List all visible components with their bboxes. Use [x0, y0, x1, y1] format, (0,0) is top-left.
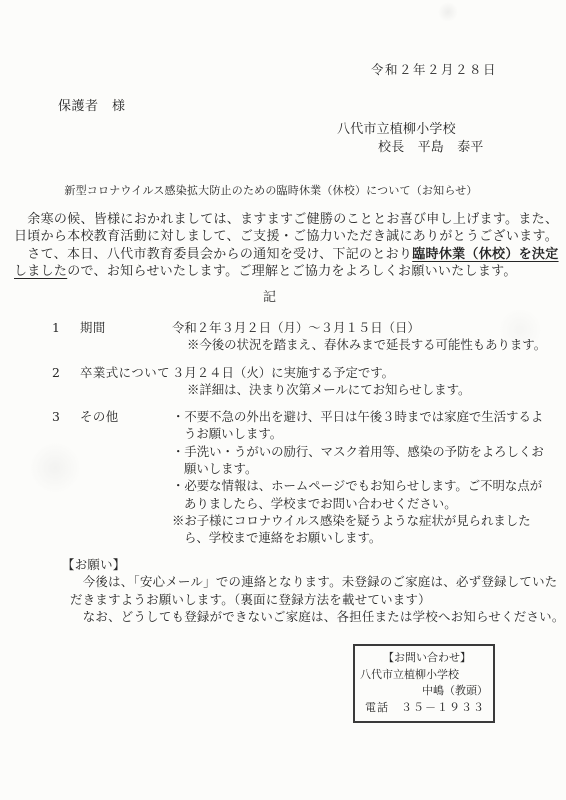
item-content-line: 令和２年３月２日（月）～３月１５日（日） — [172, 319, 566, 336]
item-number: 1 — [52, 319, 80, 336]
item-content-line: ありましたら、学校までお問い合わせください。 — [172, 495, 566, 512]
item-number: 2 — [52, 364, 80, 381]
document-title: 新型コロナウイルス感染拡大防止のための臨時休業（休校）について（お知らせ） — [0, 182, 542, 199]
sender-principal-name: 校長 平島 泰平 — [378, 139, 484, 156]
item-content-note: ※今後の状況を踏まえ、春休みまで延長する可能性もあります。 — [172, 336, 566, 353]
item-content-line: ・手洗い・うがいの励行、マスク着用等、感染の予防をよろしくお — [172, 443, 566, 460]
item-content: ・不要不急の外出を避け、平日は午後３時までは家庭で生活するよ うお願いします。 … — [172, 408, 566, 546]
item-content-line: ３月２４日（火）に実施する予定です。 — [172, 364, 566, 381]
item-content: 令和２年３月２日（月）～３月１５日（日） ※今後の状況を踏まえ、春休みまで延長す… — [172, 319, 566, 354]
greeting-line-4: しましたので、お知らせいたします。ご理解とご協力をよろしくお願いいたします。 — [14, 263, 566, 280]
numbered-item-graduation: 2 卒業式について ３月２４日（火）に実施する予定です。 ※詳細は、決まり次第メ… — [0, 364, 566, 399]
request-line: なお、どうしても登録ができないご家庭は、各担任または学校へお知らせください。 — [70, 608, 556, 625]
emphasis-underline: しました — [14, 264, 67, 279]
request-section: 【お願い】 今後は、「安心メール」での連絡となります。未登録のご家庭は、必ず登録… — [62, 556, 556, 625]
item-content: ３月２４日（火）に実施する予定です。 ※詳細は、決まり次第メールにてお知らせしま… — [172, 364, 566, 399]
request-line: だきますようお願いします。（裏面に登録方法を載せています） — [70, 591, 556, 608]
greeting-line-2: 日頃から本校教育活動に対しまして、ご支援・ご協力いただき誠にありがとうございます… — [14, 228, 566, 245]
request-heading: 【お願い】 — [62, 556, 556, 573]
item-content-line: 願いします。 — [172, 460, 566, 477]
item-label: その他 — [80, 408, 172, 425]
document-date: 令和２年２月２８日 — [371, 61, 497, 78]
item-content-note: ※詳細は、決まり次第メールにてお知らせします。 — [172, 381, 566, 398]
item-content-line: ・必要な情報は、ホームページでもお知らせします。ご不明な点が — [172, 477, 566, 494]
emphasis-underline-bold: 臨時休業（休校）を決定 — [412, 247, 558, 262]
greeting-line-4-text: ので、お知らせいたします。ご理解とご協力をよろしくお願いいたします。 — [67, 264, 516, 279]
item-label: 卒業式について — [80, 364, 172, 381]
greeting-line-1: 余寒の候、皆様におかれましては、ますますご健勝のこととお喜び申し上げます。また、 — [14, 211, 566, 228]
contact-phone: 電話 ３５－１９３３ — [355, 700, 493, 717]
numbered-items: 1 期間 令和２年３月２日（月）～３月１５日（日） ※今後の状況を踏まえ、春休み… — [0, 319, 566, 547]
recipient-line: 保護者 様 — [58, 98, 126, 115]
contact-heading: 【お問い合わせ】 — [355, 650, 493, 667]
numbered-item-other: 3 その他 ・不要不急の外出を避け、平日は午後３時までは家庭で生活するよ うお願… — [0, 408, 566, 546]
scanned-letter-page: 令和２年２月２８日 保護者 様 八代市立植柳小学校 校長 平島 泰平 新型コロナ… — [0, 0, 566, 800]
numbered-item-period: 1 期間 令和２年３月２日（月）～３月１５日（日） ※今後の状況を踏まえ、春休み… — [0, 319, 566, 354]
item-label: 期間 — [80, 319, 172, 336]
contact-person: 中嶋（教頭） — [355, 683, 493, 700]
request-paragraph: 今後は、「安心メール」での連絡となります。未登録のご家庭は、必ず登録していた だ… — [70, 573, 556, 625]
greeting-line-3: さて、本日、八代市教育委員会からの通知を受け、下記のとおり臨時休業（休校）を決定 — [14, 246, 566, 263]
item-content-note: ら、学校まで連絡をお願いします。 — [172, 529, 566, 546]
item-content-note: ※お子様にコロナウイルス感染を疑うような症状が見られました — [172, 512, 566, 529]
item-content-line: ・不要不急の外出を避け、平日は午後３時までは家庭で生活するよ — [172, 408, 566, 425]
contact-box: 【お問い合わせ】 八代市立植柳小学校 中嶋（教頭） 電話 ３５－１９３３ — [353, 644, 495, 723]
greeting-line-3-text: さて、本日、八代市教育委員会からの通知を受け、下記のとおり — [14, 247, 412, 262]
record-marker: 記 — [0, 289, 540, 306]
item-number: 3 — [52, 408, 80, 425]
request-line: 今後は、「安心メール」での連絡となります。未登録のご家庭は、必ず登録していた — [70, 573, 556, 590]
item-content-line: うお願いします。 — [172, 425, 566, 442]
sender-school-name: 八代市立植柳小学校 — [337, 121, 456, 138]
greeting-paragraph: 余寒の候、皆様におかれましては、ますますご健勝のこととお喜び申し上げます。また、… — [14, 211, 566, 280]
contact-school: 八代市立植柳小学校 — [355, 667, 493, 684]
